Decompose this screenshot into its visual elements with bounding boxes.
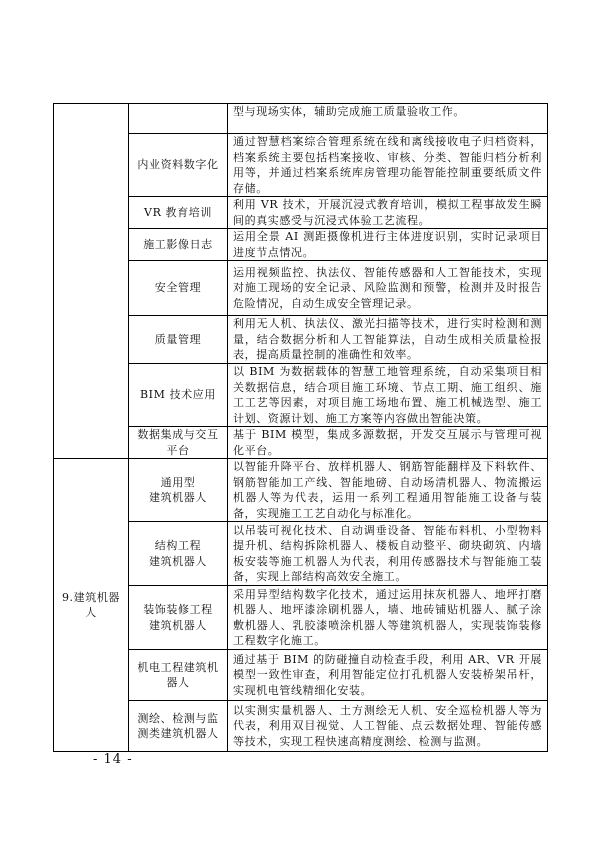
item-name-cell: 测绘、检测与监测类建筑机器人 (129, 701, 228, 752)
description-cell: 以 BIM 为数据载体的智慧工地管理系统，自动采集项目相关数据信息，结合项目施工… (228, 364, 548, 427)
table-row: 数据集成与交互平台基于 BIM 模型，集成多源数据，开发交互展示与管理可视化平台… (54, 427, 548, 459)
description-cell: 型与现场实体，辅助完成施工质量验收工作。 (228, 104, 548, 134)
description-cell: 运用视频监控、执法仪、智能传感器和人工智能技术，实现对施工现场的安全记录、风险监… (228, 261, 548, 316)
description-cell: 以吊装可视化技术、自动调垂设备、智能布料机、小型物料提升机、结构拆除机器人、楼板… (228, 522, 548, 586)
item-name-cell: 施工影像日志 (129, 229, 228, 261)
table-row: BIM 技术应用以 BIM 为数据载体的智慧工地管理系统，自动采集项目相关数据信… (54, 364, 548, 427)
table-row: 9.建筑机器人通用型 建筑机器人以智能升降平台、放样机器人、钢筋智能翻样及下料软… (54, 459, 548, 522)
description-cell: 运用全景 AI 测距摄像机进行主体进度识别，实时记录项目进度节点情况。 (228, 229, 548, 261)
item-name-cell: VR 教育培训 (129, 197, 228, 229)
description-cell: 通过基于 BIM 的防碰撞自动检查手段，利用 AR、VR 开展模型一致性审查，利… (228, 650, 548, 701)
item-name-cell: 通用型 建筑机器人 (129, 459, 228, 522)
document-page: 型与现场实体，辅助完成施工质量验收工作。内业资料数字化通过智慧档案综合管理系统在… (0, 0, 597, 844)
table-row: 结构工程 建筑机器人以吊装可视化技术、自动调垂设备、智能布料机、小型物料提升机、… (54, 522, 548, 586)
table-row: 机电工程建筑机器人通过基于 BIM 的防碰撞自动检查手段，利用 AR、VR 开展… (54, 650, 548, 701)
page-number: - 14 - (93, 752, 133, 767)
item-name-cell: 机电工程建筑机器人 (129, 650, 228, 701)
description-cell: 以智能升降平台、放样机器人、钢筋智能翻样及下料软件、钢筋智能加工产线、智能地磅、… (228, 459, 548, 522)
table-row: 型与现场实体，辅助完成施工质量验收工作。 (54, 104, 548, 134)
table-row: 内业资料数字化通过智慧档案综合管理系统在线和离线接收电子归档资料，档案系统主要包… (54, 134, 548, 197)
item-name-cell: 结构工程 建筑机器人 (129, 522, 228, 586)
table-row: 质量管理利用无人机、执法仪、激光扫描等技术，进行实时检测和测量，结合数据分析和人… (54, 316, 548, 364)
description-cell: 基于 BIM 模型，集成多源数据，开发交互展示与管理可视化平台。 (228, 427, 548, 459)
table-row: 安全管理运用视频监控、执法仪、智能传感器和人工智能技术，实现对施工现场的安全记录… (54, 261, 548, 316)
table-row: 施工影像日志运用全景 AI 测距摄像机进行主体进度识别，实时记录项目进度节点情况… (54, 229, 548, 261)
description-cell: 利用 VR 技术，开展沉浸式教育培训，模拟工程事故发生瞬间的真实感受与沉浸式体验… (228, 197, 548, 229)
table-row: VR 教育培训利用 VR 技术，开展沉浸式教育培训，模拟工程事故发生瞬间的真实感… (54, 197, 548, 229)
description-cell: 利用无人机、执法仪、激光扫描等技术，进行实时检测和测量，结合数据分析和人工智能算… (228, 316, 548, 364)
description-cell: 采用异型结构数字化技术，通过运用抹灰机器人、地坪打磨机器人、地坪漆涂刷机器人，墙… (228, 586, 548, 650)
item-name-cell: 内业资料数字化 (129, 134, 228, 197)
item-name-cell: 装饰装修工程 建筑机器人 (129, 586, 228, 650)
description-cell: 以实测实量机器人、土方测绘无人机、安全巡检机器人等为代表，利用双目视觉、人工智能… (228, 701, 548, 752)
item-name-cell: 安全管理 (129, 261, 228, 316)
technology-table: 型与现场实体，辅助完成施工质量验收工作。内业资料数字化通过智慧档案综合管理系统在… (53, 103, 548, 752)
category-cell: 9.建筑机器人 (54, 459, 129, 752)
category-cell (54, 104, 129, 459)
description-cell: 通过智慧档案综合管理系统在线和离线接收电子归档资料，档案系统主要包括档案接收、审… (228, 134, 548, 197)
table-row: 装饰装修工程 建筑机器人采用异型结构数字化技术，通过运用抹灰机器人、地坪打磨机器… (54, 586, 548, 650)
item-name-cell: BIM 技术应用 (129, 364, 228, 427)
table-row: 测绘、检测与监测类建筑机器人以实测实量机器人、土方测绘无人机、安全巡检机器人等为… (54, 701, 548, 752)
item-name-cell: 质量管理 (129, 316, 228, 364)
item-name-cell: 数据集成与交互平台 (129, 427, 228, 459)
item-name-cell (129, 104, 228, 134)
